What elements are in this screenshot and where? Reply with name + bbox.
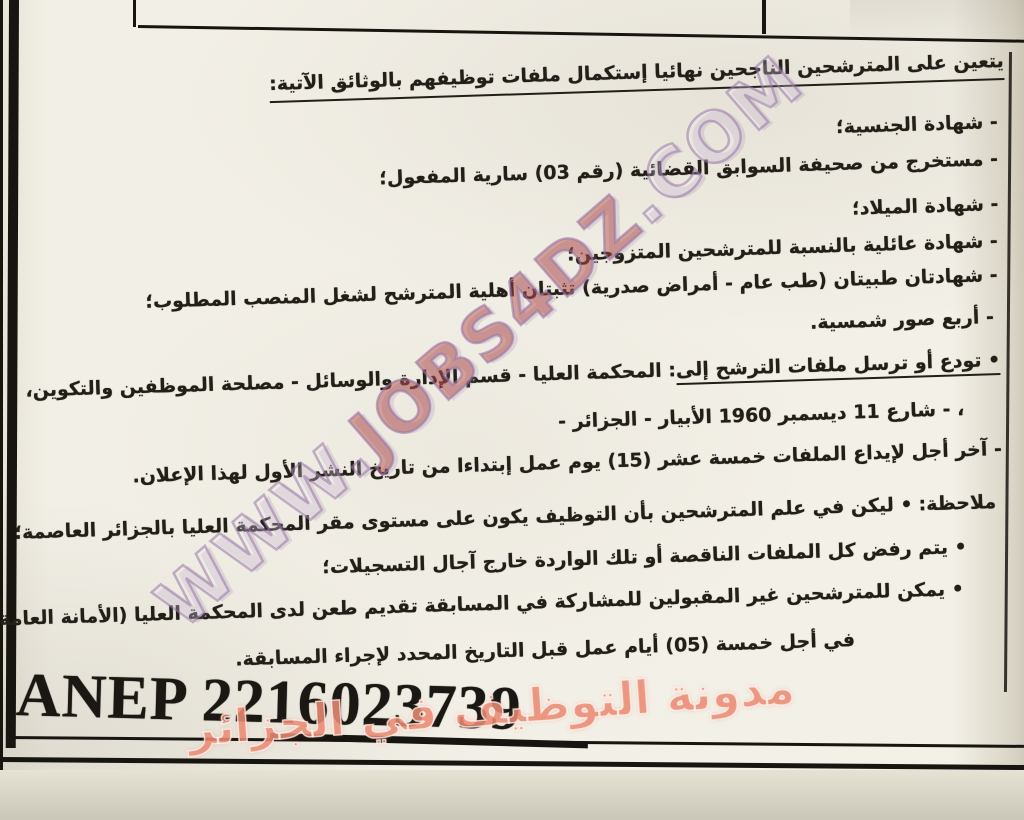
top-column-divider-left [133,0,136,27]
left-border-thin-line [0,0,3,772]
scan-corner-shading [850,0,1024,40]
requirements-heading: يتعين على المترشحين الناجحين نهائيا إستك… [269,50,1004,103]
note-line-location: ملاحظة:• ليكن في علم المترشحين بأن التوظ… [14,491,996,544]
required-doc-birth-certificate: - شهادة الميلاد؛ [851,193,998,220]
note-label: ملاحظة: [918,491,996,515]
street-address-line: ، - شارع 11 ديسمبر 1960 الأبيار - الجزائ… [558,398,965,433]
top-column-divider-right [762,0,766,34]
required-doc-nationality: - شهادة الجنسية؛ [836,111,998,138]
scanned-newspaper-announcement: يتعين على المترشحين الناجحين نهائيا إستك… [0,0,1024,820]
left-border-thick-line [6,0,19,748]
submission-underlined-text: • تودع أو ترسل ملفات الترشح إلى [675,349,1000,385]
note-location-text: • ليكن في علم المترشحين بأن التوظيف يكون… [14,494,913,544]
required-doc-photos: - أربع صور شمسية. [810,306,994,334]
bottom-border-line-outer [0,757,1024,770]
right-border-line [1004,52,1012,692]
scan-bottom-edge-shadow [0,770,1024,820]
note-line-rejection: • يتم رفض كل الملفات الناقصة أو تلك الوا… [322,536,967,578]
